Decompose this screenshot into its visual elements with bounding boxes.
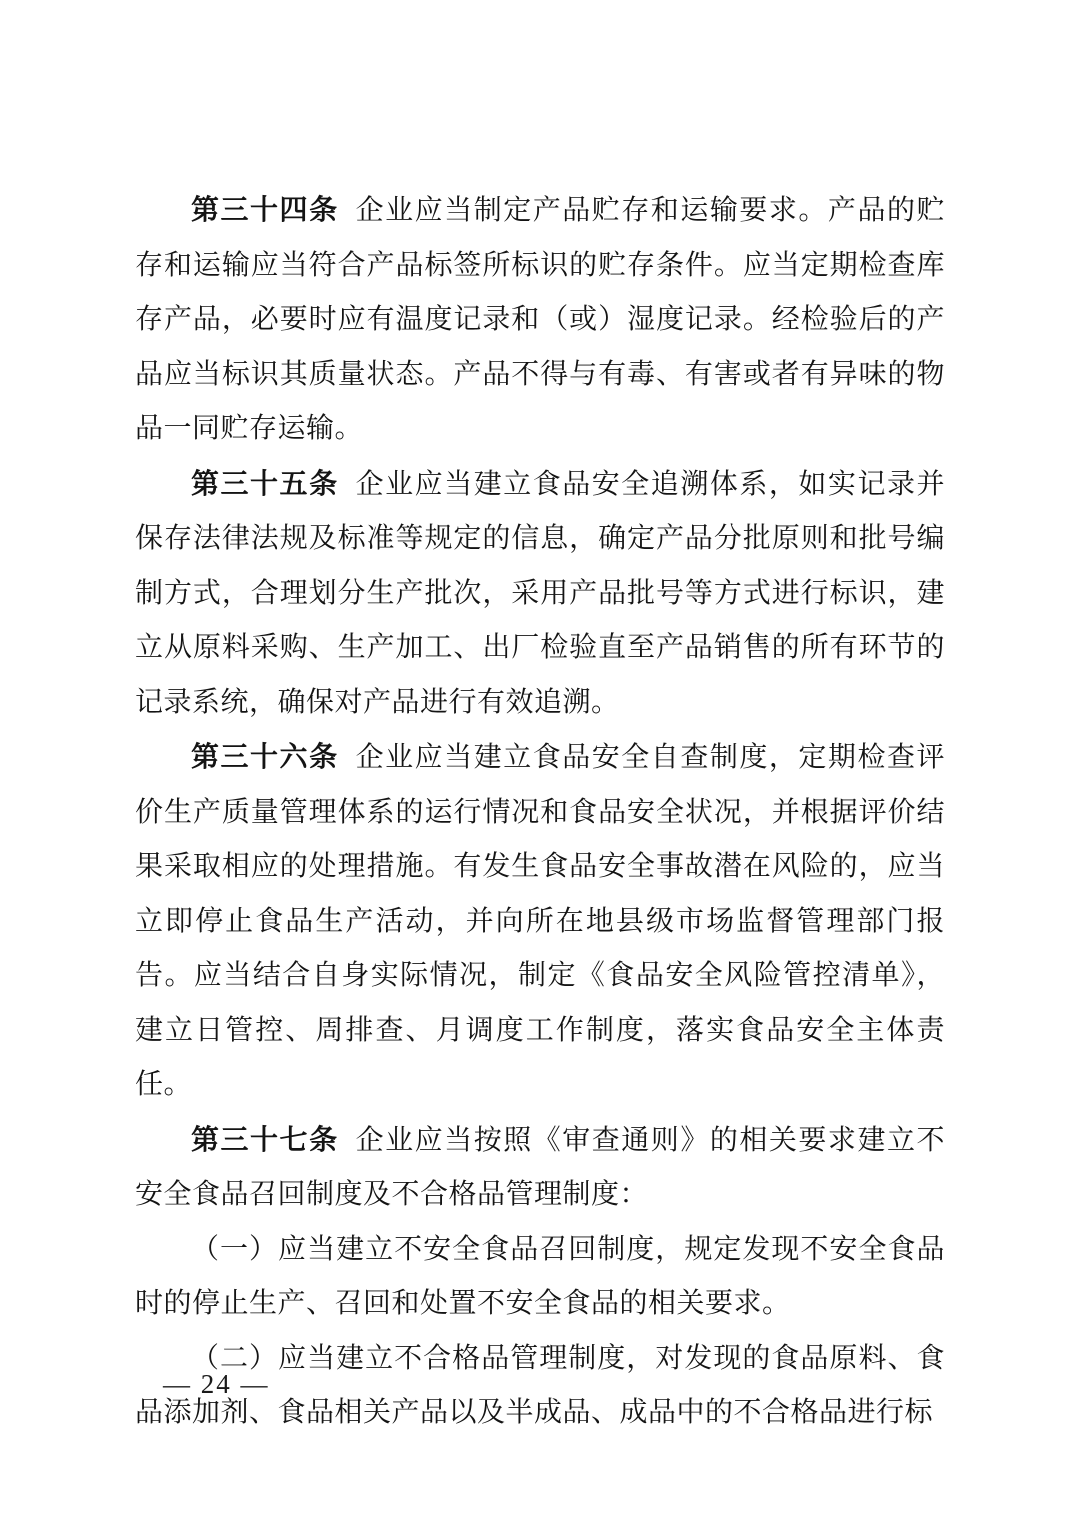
article-37-number: 第三十七条: [191, 1124, 339, 1155]
article-35-text: 企业应当建立食品安全追溯体系，如实记录并保存法律法规及标准等规定的信息，确定产品…: [135, 469, 945, 718]
document-page: 第三十四条企业应当制定产品贮存和运输要求。产品的贮存和运输应当符合产品标签所标识…: [0, 0, 1080, 1527]
article-34-paragraph: 第三十四条企业应当制定产品贮存和运输要求。产品的贮存和运输应当符合产品标签所标识…: [135, 183, 945, 457]
page-number: — 24 —: [163, 1369, 270, 1399]
article-36-number: 第三十六条: [191, 741, 339, 772]
article-37-paragraph: 第三十七条企业应当按照《审查通则》的相关要求建立不安全食品召回制度及不合格品管理…: [135, 1113, 945, 1223]
article-35-number: 第三十五条: [191, 468, 339, 499]
article-34-text: 企业应当制定产品贮存和运输要求。产品的贮存和运输应当符合产品标签所标识的贮存条件…: [135, 195, 945, 444]
article-35-paragraph: 第三十五条企业应当建立食品安全追溯体系，如实记录并保存法律法规及标准等规定的信息…: [135, 457, 945, 731]
page-footer: — 24 —: [163, 1367, 270, 1401]
article-37-item-1: （一）应当建立不安全食品召回制度，规定发现不安全食品时的停止生产、召回和处置不安…: [135, 1223, 945, 1332]
article-37-item-1-text: （一）应当建立不安全食品召回制度，规定发现不安全食品时的停止生产、召回和处置不安…: [135, 1234, 945, 1320]
article-34-number: 第三十四条: [191, 194, 339, 225]
article-36-paragraph: 第三十六条企业应当建立食品安全自查制度，定期检查评价生产质量管理体系的运行情况和…: [135, 730, 945, 1113]
article-36-text: 企业应当建立食品安全自查制度，定期检查评价生产质量管理体系的运行情况和食品安全状…: [135, 742, 945, 1100]
document-body: 第三十四条企业应当制定产品贮存和运输要求。产品的贮存和运输应当符合产品标签所标识…: [135, 183, 945, 1441]
